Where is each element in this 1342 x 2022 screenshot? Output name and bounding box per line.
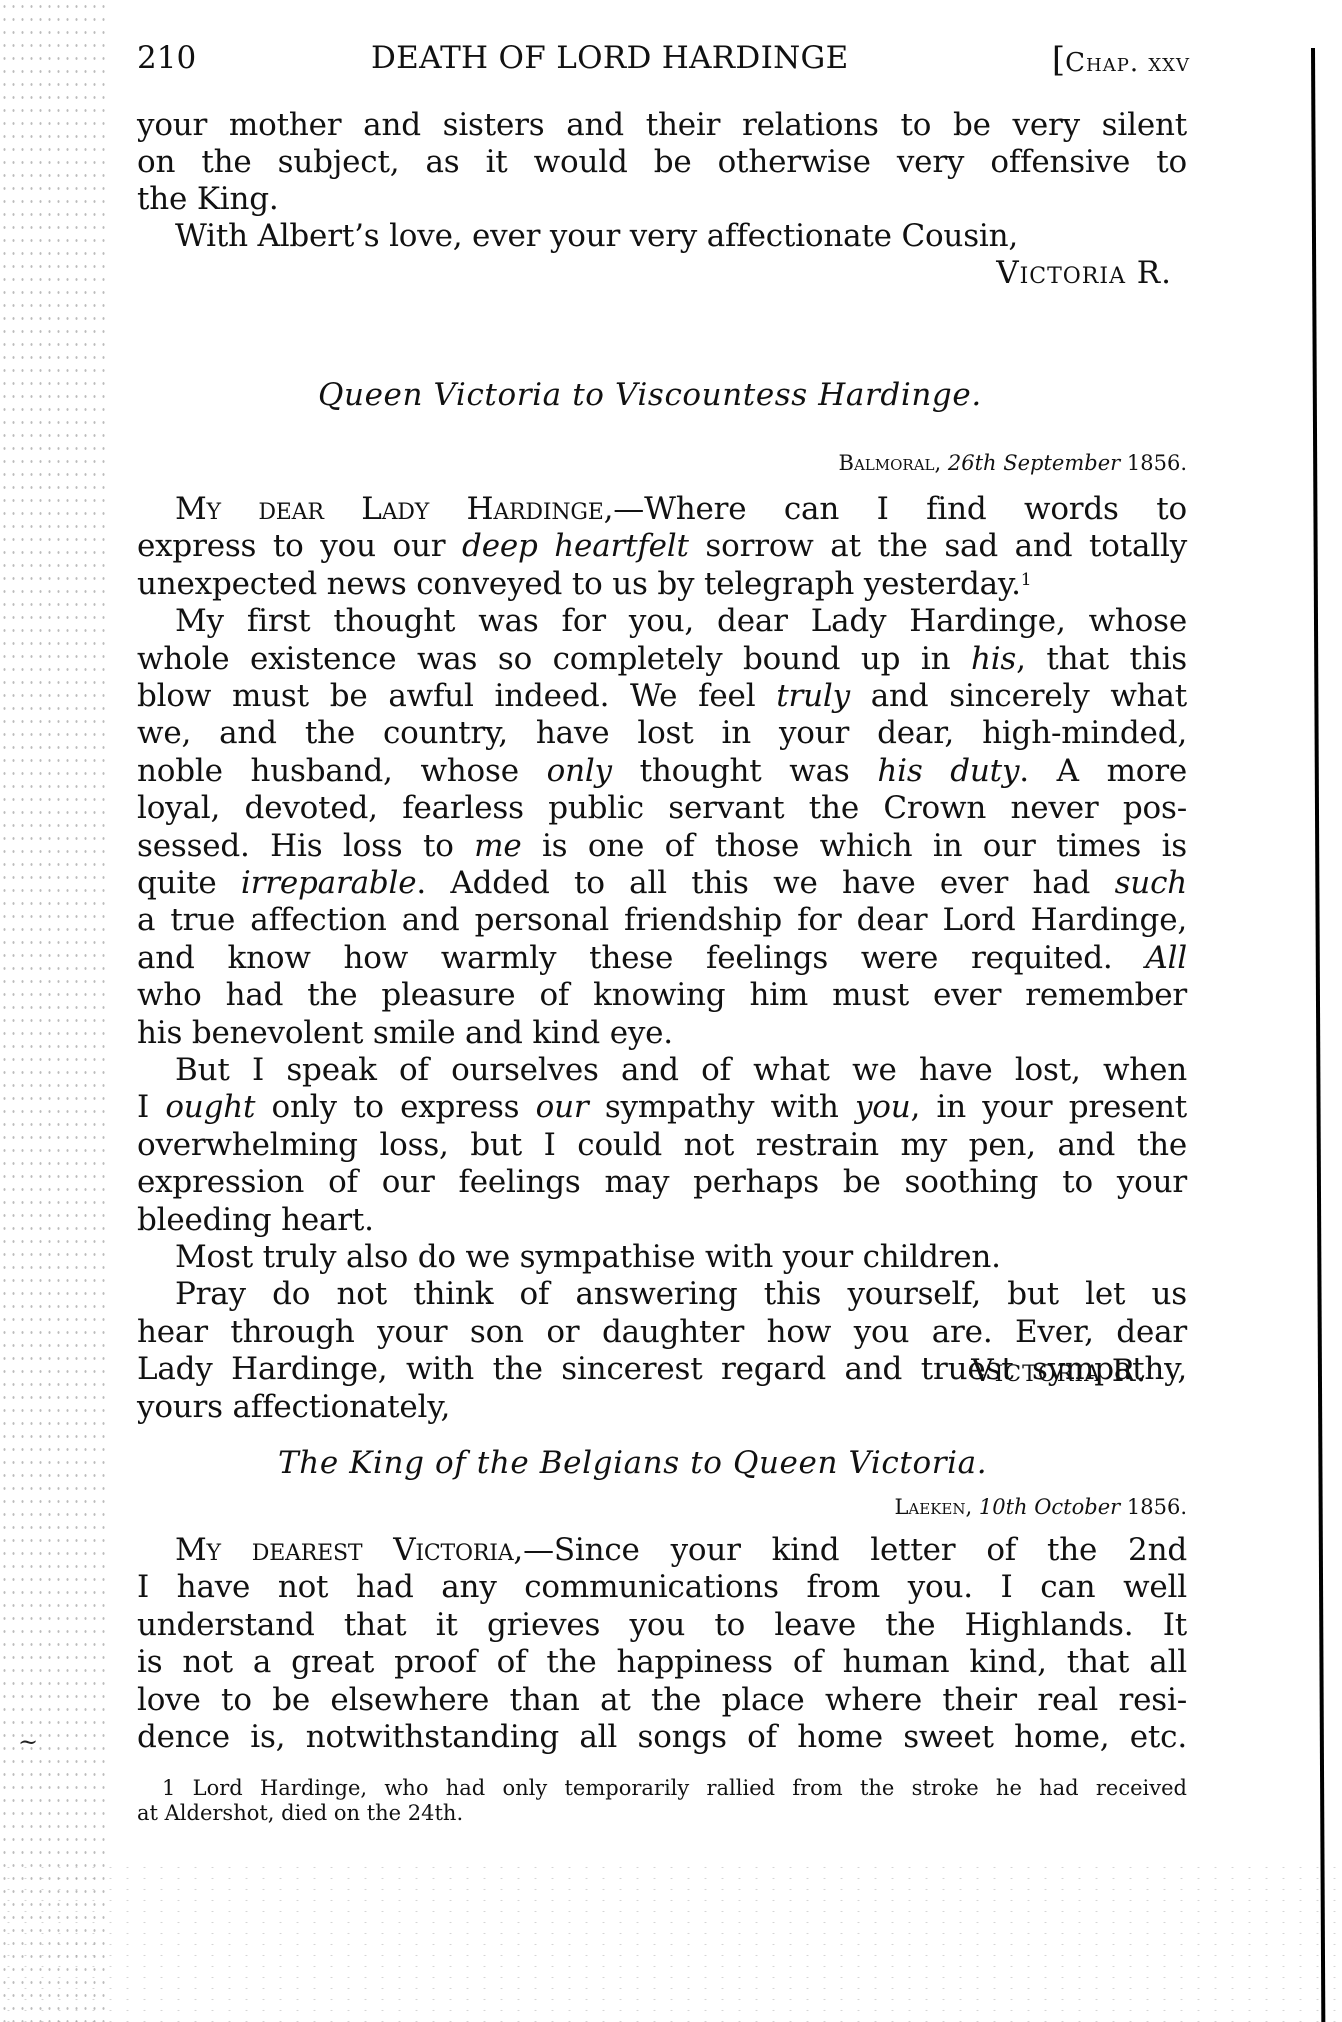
footnote-line: at Aldershot, died on the 24th. — [137, 1800, 1187, 1826]
text-line: bleeding heart. — [137, 1202, 1187, 1239]
dateline: Balmoral, 26th September 1856. — [839, 450, 1187, 476]
text-line: loyal, devoted, fearless public servant … — [137, 790, 1187, 827]
chapter-label: [Chap. xxv — [1052, 40, 1190, 80]
footnote-line: 1 Lord Hardinge, who had only temporaril… — [162, 1775, 1187, 1801]
text-line: But I speak of ourselves and of what we … — [175, 1052, 1187, 1089]
signature: Victoria R. — [971, 1353, 1147, 1390]
text-line: expression of our feelings may perhaps b… — [137, 1164, 1187, 1201]
dateline-date: 10th October — [979, 1495, 1120, 1519]
italic-run: All — [1145, 940, 1187, 976]
text-line: quite irreparable. Added to all this we … — [137, 865, 1187, 902]
text-line: unexpected news conveyed to us by telegr… — [137, 566, 1187, 603]
italic-run: me — [474, 828, 521, 864]
text-line: his benevolent smile and kind eye. — [137, 1015, 1187, 1052]
italic-run: ought — [165, 1089, 255, 1125]
scan-mark: ~ — [18, 1728, 38, 1756]
book-page: ~ 210 DEATH OF LORD HARDINGE [Chap. xxv … — [0, 0, 1342, 2022]
text-line: your mother and sisters and their relati… — [137, 107, 1187, 144]
dateline-date: 26th September — [948, 451, 1120, 475]
signature: Victoria R. — [996, 255, 1172, 292]
text-line: on the subject, as it would be otherwise… — [137, 144, 1187, 181]
text-line: love to be elsewhere than at the place w… — [137, 1682, 1187, 1719]
text-line: Pray do not think of answering this your… — [175, 1276, 1187, 1313]
page-number: 210 — [137, 40, 196, 76]
chapter-number: Chap. xxv — [1065, 48, 1190, 78]
italic-run: deep heartfelt — [462, 528, 689, 564]
salutation: My dear Lady Hardinge, — [175, 491, 613, 527]
italic-run: his duty — [877, 753, 1019, 789]
italic-run: only — [547, 753, 612, 789]
running-head: 210 DEATH OF LORD HARDINGE [Chap. xxv — [137, 40, 1190, 80]
closing-line: With Albert’s love, ever your very affec… — [175, 218, 1187, 255]
salutation: My dearest Victoria, — [175, 1532, 523, 1568]
dateline-year: 1856. — [1127, 451, 1187, 475]
text-line: I have not had any communications from y… — [137, 1569, 1187, 1606]
text-line: Most truly also do we sympathise with yo… — [175, 1239, 1187, 1276]
footnote-marker: 1 — [162, 1776, 175, 1800]
text-line: understand that it grieves you to leave … — [137, 1607, 1187, 1644]
text-line: My dearest Victoria,—Since your kind let… — [175, 1532, 1187, 1569]
scan-noise-left — [0, 0, 110, 2022]
text-line: who had the pleasure of knowing him must… — [137, 977, 1187, 1014]
italic-run: truly — [776, 678, 850, 714]
text-line: sessed. His loss to me is one of those w… — [137, 828, 1187, 865]
footnote-text: Lord Hardinge, who had only temporarily … — [193, 1776, 1187, 1800]
running-title: DEATH OF LORD HARDINGE — [371, 40, 849, 76]
italic-run: our — [536, 1089, 589, 1125]
text-line: yours affectionately, — [137, 1389, 1187, 1426]
text-line: we, and the country, have lost in your d… — [137, 715, 1187, 752]
dateline-place: Laeken — [894, 1495, 965, 1519]
text-line: express to you our deep heartfelt sorrow… — [137, 528, 1187, 565]
text-line: My dear Lady Hardinge,—Where can I find … — [175, 491, 1187, 528]
letter-heading: The King of the Belgians to Queen Victor… — [278, 1445, 987, 1482]
page-edge-rule — [1311, 48, 1325, 2022]
dateline-place: Balmoral — [839, 451, 935, 475]
scan-noise-bottom — [0, 1862, 1342, 2022]
bracket: [ — [1052, 40, 1065, 80]
italic-run: such — [1115, 865, 1187, 901]
text-line: the King. — [137, 181, 1187, 218]
text-line: hear through your son or daughter how yo… — [137, 1314, 1187, 1351]
text-line: noble husband, whose only thought was hi… — [137, 753, 1187, 790]
text-line: blow must be awful indeed. We feel truly… — [137, 678, 1187, 715]
text-line: and know how warmly these feelings were … — [137, 940, 1187, 977]
dateline-year: 1856. — [1127, 1495, 1187, 1519]
text-line: a true affection and personal friendship… — [137, 902, 1187, 939]
italic-run: his — [971, 641, 1016, 677]
text-line: I ought only to express our sympathy wit… — [137, 1089, 1187, 1126]
text-line: My first thought was for you, dear Lady … — [175, 603, 1187, 640]
text-line: dence is, notwithstanding all songs of h… — [137, 1719, 1187, 1756]
dateline: Laeken, 10th October 1856. — [894, 1494, 1187, 1520]
text-line: overwhelming loss, but I could not restr… — [137, 1127, 1187, 1164]
italic-run: irreparable — [241, 865, 416, 901]
footnote-ref: 1 — [1021, 570, 1032, 590]
italic-run: you — [855, 1089, 911, 1125]
text-line: whole existence was so completely bound … — [137, 641, 1187, 678]
letter-heading: Queen Victoria to Viscountess Hardinge. — [318, 377, 982, 414]
text-line: is not a great proof of the happiness of… — [137, 1644, 1187, 1681]
